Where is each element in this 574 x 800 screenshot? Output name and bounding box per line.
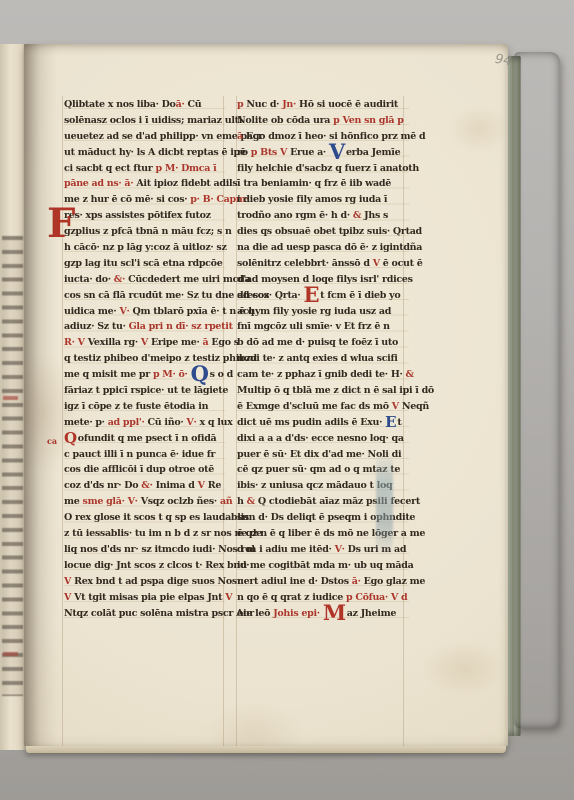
illuminated-initial: Q <box>64 433 77 443</box>
illuminated-initial: V <box>329 147 345 157</box>
text-line: V Rex bnd t ad pspa dige suos Nosr <box>64 574 225 590</box>
text-line: Multip ō q tblā me z dict n ē sal ipi ī … <box>237 383 409 399</box>
text-segment: p <box>237 99 246 110</box>
text-line: ā Ego dmoz ī heo· si hōnfico prz mē d <box>237 129 409 145</box>
text-segment: dixi a a a d'ds· ecce nesno loq· qa <box>237 433 404 444</box>
page-bottom-edge <box>26 746 506 753</box>
text-segment: na die ad uesp pasca dō ē· z igintdña <box>237 242 422 253</box>
text-segment: Neqñ <box>402 401 429 412</box>
text-segment: ofundit q me psect ī n ofidā <box>78 433 217 444</box>
text-segment: ro <box>237 147 251 158</box>
text-segment: h <box>237 496 247 507</box>
text-segment: Erue a· <box>290 147 329 158</box>
text-segment: ut māduct hy· ls A dicbt reptas ē ipē <box>64 147 246 158</box>
text-line: oie leō Johis epi· Maz Jheime <box>237 606 409 622</box>
text-line: igz ī cōpe z te fuste ētodia in <box>64 399 225 415</box>
text-segment: V <box>373 258 383 269</box>
illuminated-initial: M <box>323 608 346 618</box>
text-segment: & <box>353 210 364 221</box>
text-line: Nolite ob cōda ura p Ven sn glā p <box>237 113 409 129</box>
illuminated-initial: Q <box>191 369 209 379</box>
text-segment: Ego s <box>211 337 238 348</box>
text-segment: &· <box>114 274 128 285</box>
text-segment: fnī mgcōz uli smīe· v Et frz ē n <box>237 321 390 332</box>
text-segment: V <box>64 592 74 603</box>
text-segment: ad cos· Qrta· <box>237 290 303 301</box>
text-segment: fily helchie d'sacbz q fuerz ī anatoth <box>237 163 419 174</box>
text-line: ut māduct hy· ls A dicbt reptas ē ipē <box>64 145 225 161</box>
ruling-line <box>62 96 63 746</box>
text-segment: gzp lag itu scl'i scā etna rdpcōe <box>64 258 222 269</box>
text-segment: sme glā· V· <box>83 496 141 507</box>
text-segment: dict uē ms pudin adils ē Exu· <box>237 417 385 428</box>
text-segment: V <box>198 480 208 491</box>
text-segment: fāriaz t ppicī rspice· ut te lāgiete <box>64 385 228 396</box>
text-segment: noui te· z antq exies d wlua scifi <box>237 353 398 364</box>
text-line: h cācō· nz p lāg y:coz ā uitloz· sz <box>64 240 225 256</box>
text-line: V Vt tgit misas pia pie elpas Jnt V <box>64 590 225 606</box>
text-segment: Ego glaz me <box>364 576 425 587</box>
text-segment: Nuc d· <box>246 99 282 110</box>
text-segment: b dō ad me d· puisq te foēz ī uto <box>237 337 398 348</box>
text-segment: O rex glose it scos t q sp es laudablis <box>64 512 249 523</box>
text-segment: solēnitrz celebbrt· ānssō d <box>237 258 373 269</box>
text-segment: iu me cogitbāt mda m· ub uq māda <box>237 560 413 571</box>
text-segment: x q lux <box>199 417 232 428</box>
text-segment: cam te· z pphaz ī gnib dedi te· H· <box>237 369 406 380</box>
text-segment: ā <box>237 131 246 142</box>
text-line: dies qs obsuaē obet tpibz suis· Qrtad <box>237 224 409 240</box>
text-line: iucta· do· &· Cūcdedert me uiri mcda <box>64 272 225 288</box>
text-line: uert adiul ine d· Dstos ā· Ego glaz me <box>237 574 409 590</box>
text-segment: cos die afflicōi ī dup otroe otē <box>64 464 214 475</box>
text-line: fnī mgcōz uli smīe· v Et frz ē n <box>237 319 409 335</box>
text-line: Fres· xps assistes pōtifex futoz <box>64 208 225 224</box>
text-segment: Jhs s <box>364 210 388 221</box>
repair-stain <box>376 452 393 556</box>
text-segment: Ait ipioz fidebt adils <box>136 178 237 189</box>
text-segment: ci sacbt q ect ftur <box>64 163 156 174</box>
text-segment: p M· Dmca ī <box>156 163 217 174</box>
text-line: Qlibtate x nos liba· Doā· Cū <box>64 97 225 113</box>
text-segment: dies qs obsuaē obet tpibz suis· Qrtad <box>237 226 422 237</box>
text-line: ī tra beniamin· q frz ē iib wadē <box>237 176 409 192</box>
text-segment: Cū <box>184 99 201 110</box>
text-segment: Qm tblarō pxīa ē· t n ē q <box>133 306 255 317</box>
text-line: b dō ad me d· puisq te foēz ī uto <box>237 335 409 351</box>
text-line: ueuetez ad se d'ad philipp· vn eme pacr <box>64 129 225 145</box>
text-segment: V <box>225 592 232 603</box>
text-segment: i dieb yosie fily amos rg iuda ī <box>237 194 387 205</box>
text-line: d'ad moysen d loqe filys isrl' rdices <box>237 272 409 288</box>
illuminated-initial: E <box>385 417 396 427</box>
text-segment: adiuz· Sz tu· <box>64 321 129 332</box>
text-line: uidica me· V· Qm tblarō pxīa ē· t n ē q <box>64 304 225 320</box>
text-line: trodño ano rgm ē· h d· & Jhs s <box>237 208 409 224</box>
text-segment: p Ven sn glā p <box>333 115 403 126</box>
text-line: ad cos· Qrta· Et fcm ē ī dieb yo <box>237 288 409 304</box>
text-line: p Nuc d· Jn· Hō si uocē ē audirit <box>237 97 409 113</box>
text-line: ē Exmge d'scluū me fac ds mō V Neqñ <box>237 399 409 415</box>
text-segment: ē Exmge d'scluū me fac ds mō <box>237 401 392 412</box>
text-segment: V <box>141 337 151 348</box>
text-segment: ī tra beniamin· q frz ē iib wadē <box>237 178 391 189</box>
text-segment: p M· ō· <box>153 369 191 380</box>
text-segment: Vexilla rg· <box>88 337 141 348</box>
text-line: Ntqz colāt puc solēna mistra pscr Aor <box>64 606 225 622</box>
text-column-left: Qlibtate x nos liba· Doā· Cūsolēnasz ocl… <box>64 97 225 621</box>
text-segment: V <box>392 401 402 412</box>
text-segment: Hō si uocē ē audirit <box>299 99 398 110</box>
text-segment: uert adiul ine d· Dstos <box>237 576 352 587</box>
text-line: fily helchie d'sacbz q fuerz ī anatoth <box>237 161 409 177</box>
text-segment: &· <box>141 480 155 491</box>
text-segment: V· <box>186 417 199 428</box>
text-line: noui te· z antq exies d wlua scifi <box>237 351 409 367</box>
text-line: achym fily yosie rg iuda usz ad <box>237 304 409 320</box>
text-segment: erba Jemīe <box>346 147 400 158</box>
text-segment: uidica me· <box>64 306 119 317</box>
text-line: pāne ad ns· ā· Ait ipioz fidebt adils <box>64 176 225 192</box>
text-segment: Cū iño· <box>148 417 187 428</box>
text-segment: ibis· z uniusa qcz mādauo t loq <box>237 480 392 491</box>
text-line: c pauct illi ī n punca ē· idue fr <box>64 447 225 463</box>
text-segment: Eripe me· <box>151 337 203 348</box>
text-line: me z hur ē cō mē· si cos· p· B· Capm· <box>64 192 225 208</box>
text-segment: Re <box>208 480 221 491</box>
text-segment: V· <box>119 306 132 317</box>
text-segment: R· V <box>64 337 88 348</box>
text-segment: & <box>406 369 414 380</box>
text-segment: me z hur ē cō mē· si cos· <box>64 194 190 205</box>
text-segment: coz d'ds nr· Do <box>64 480 141 491</box>
text-line: coz d'ds nr· Do &· Inima d V Re <box>64 478 225 494</box>
text-line: z tū iessablis· tu im n b d z sr nos ne … <box>64 526 225 542</box>
text-segment: Multip ō q tblā me z dict n ē sal ipi ī … <box>237 385 434 396</box>
text-segment: gzplius z pfcā tbnā n māu fcz; s n <box>64 226 232 237</box>
text-line: O rex glose it scos t q sp es laudablis <box>64 510 225 526</box>
text-line: cos die afflicōi ī dup otroe otē <box>64 462 225 478</box>
text-segment: oie leō <box>237 608 273 619</box>
leather-cover-edge <box>514 52 560 728</box>
text-segment: Nolite ob cōda ura <box>237 115 333 126</box>
manuscript-page: 94 Qlibtate x nos liba· Doā· Cūsolēnasz … <box>24 44 508 746</box>
text-segment: Jn· <box>282 99 299 110</box>
text-segment: mete· p· <box>64 417 108 428</box>
text-line: dict uē ms pudin adils ē Exu· Et <box>237 415 409 431</box>
text-segment: q testiz phibeo d'meipo z testiz phibzd <box>64 353 257 364</box>
text-segment: ad ppl'· <box>108 417 148 428</box>
text-line: locue dig· Jnt scos z clcos t· Rex bnd· <box>64 558 225 574</box>
text-segment: d'ad moysen d loqe filys isrl' rdices <box>237 274 413 285</box>
text-line: me q misit me pr p M· ō· Qs o d <box>64 367 225 383</box>
text-segment: z tū iessablis· tu im n b d z sr nos ne … <box>64 528 262 539</box>
text-segment: az Jheime <box>347 608 396 619</box>
text-line: dixi a a a d'ds· ecce nesno loq· qa <box>237 431 409 447</box>
text-segment: h cācō· nz p lāg y:coz ā uitloz· sz <box>64 242 227 253</box>
text-segment: t fcm ē ī dieb yo <box>320 290 400 301</box>
text-segment: Ntqz colāt puc solēna mistra pscr Aor <box>64 608 254 619</box>
text-line: me sme glā· V· Vsqz oclzb ñes· añ <box>64 494 225 510</box>
text-line: cam te· z pphaz ī gnib dedi te· H· & <box>237 367 409 383</box>
text-segment: liq nos d'ds nr· sz itmcdo iudi· Nos rol <box>64 544 255 555</box>
text-segment: Cūcdedert me uiri mcda <box>128 274 250 285</box>
text-segment: achym fily yosie rg iuda usz ad <box>237 306 391 317</box>
text-segment: Inima d <box>156 480 198 491</box>
text-segment: pāne ad ns· ā· <box>64 178 136 189</box>
text-segment: ē qz n ē q liber ē ds mō ne lōger a me <box>237 528 425 539</box>
facing-page-rubric-mark <box>3 396 18 400</box>
text-line: solēnitrz celebbrt· ānssō d V ē ocut ē <box>237 256 409 272</box>
text-line: iu me cogitbāt mda m· ub uq māda <box>237 558 409 574</box>
text-segment: & <box>247 496 258 507</box>
text-segment: d m i adiu me itēd· <box>237 544 335 555</box>
text-segment: solēnasz oclos i ī uidiss; mariaz ulti <box>64 115 242 126</box>
text-segment: Qlibtate x nos liba· Do <box>64 99 176 110</box>
text-segment: s o d <box>210 369 233 380</box>
text-segment: Gla pri n dī· sz rpetit <box>129 321 233 332</box>
text-segment: ē ocut ē <box>383 258 423 269</box>
text-segment: ueuetez ad se d'ad philipp· vn eme pacr <box>64 131 263 142</box>
text-line: adiuz· Sz tu· Gla pri n dī· sz rpetit <box>64 319 225 335</box>
text-line: gzp lag itu scl'i scā etna rdpcōe <box>64 256 225 272</box>
text-segment: Johis epi· <box>273 608 323 619</box>
text-line: mete· p· ad ppl'· Cū iño· V· x q lux <box>64 415 225 431</box>
text-segment: me <box>64 496 83 507</box>
text-segment: V <box>64 576 74 587</box>
text-line: i dieb yosie fily amos rg iuda ī <box>237 192 409 208</box>
text-segment: ā· <box>352 576 364 587</box>
text-segment: res· xps assistes pōtifex futoz <box>64 210 211 221</box>
facing-page-edge <box>0 44 27 750</box>
text-segment: iucta· do· <box>64 274 114 285</box>
text-line: na die ad uesp pasca dō ē· z igintdña <box>237 240 409 256</box>
text-line: ci sacbt q ect ftur p M· Dmca ī <box>64 161 225 177</box>
text-line: solēnasz oclos i ī uidiss; mariaz ulti <box>64 113 225 129</box>
page-number: 94 <box>494 52 513 69</box>
text-line: cos sn cā flā rcudūt me· Sz tu dne dfeso… <box>64 288 225 304</box>
text-segment: p Cōfua· V d <box>346 592 407 603</box>
text-segment: t <box>397 417 401 428</box>
text-line: fāriaz t ppicī rspice· ut te lāgiete <box>64 383 225 399</box>
text-segment: Vt tgit misas pia pie elpas Jnt <box>74 592 225 603</box>
text-line: gzplius z pfcā tbnā n māu fcz; s n <box>64 224 225 240</box>
text-line: liq nos d'ds nr· sz itmcdo iudi· Nos rol <box>64 542 225 558</box>
facing-page-text <box>2 236 23 696</box>
text-segment: Vsqz oclzb ñes· <box>141 496 220 507</box>
margin-note: ca <box>47 434 57 450</box>
text-segment: c pauct illi ī n punca ē· idue fr <box>64 449 215 460</box>
illuminated-initial: E <box>303 290 319 300</box>
text-line: R· V Vexilla rg· V Eripe me· ā Ego s <box>64 335 225 351</box>
text-segment: V· <box>335 544 348 555</box>
text-line: ro p Bts V Erue a· Verba Jemīe <box>237 145 409 161</box>
text-segment: me q misit me pr <box>64 369 153 380</box>
text-segment: Q ctodiebāt aīaz māz psili fecert <box>258 496 420 507</box>
photo-backdrop: 94 Qlibtate x nos liba· Doā· Cūsolēnasz … <box>0 0 574 800</box>
text-segment: Rex bnd t ad pspa dige suos Nosr <box>74 576 242 587</box>
text-segment: p Bts V <box>251 147 290 158</box>
text-segment: añ <box>220 496 232 507</box>
text-segment: igz ī cōpe z te fuste ētodia in <box>64 401 208 412</box>
text-line: caQofundit q me psect ī n ofidā <box>64 431 225 447</box>
text-segment: trodño ano rgm ē· h d· <box>237 210 353 221</box>
facing-page-rubric-mark <box>3 652 18 656</box>
text-segment: locue dig· Jnt scos z clcos t· Rex bnd· <box>64 560 249 571</box>
